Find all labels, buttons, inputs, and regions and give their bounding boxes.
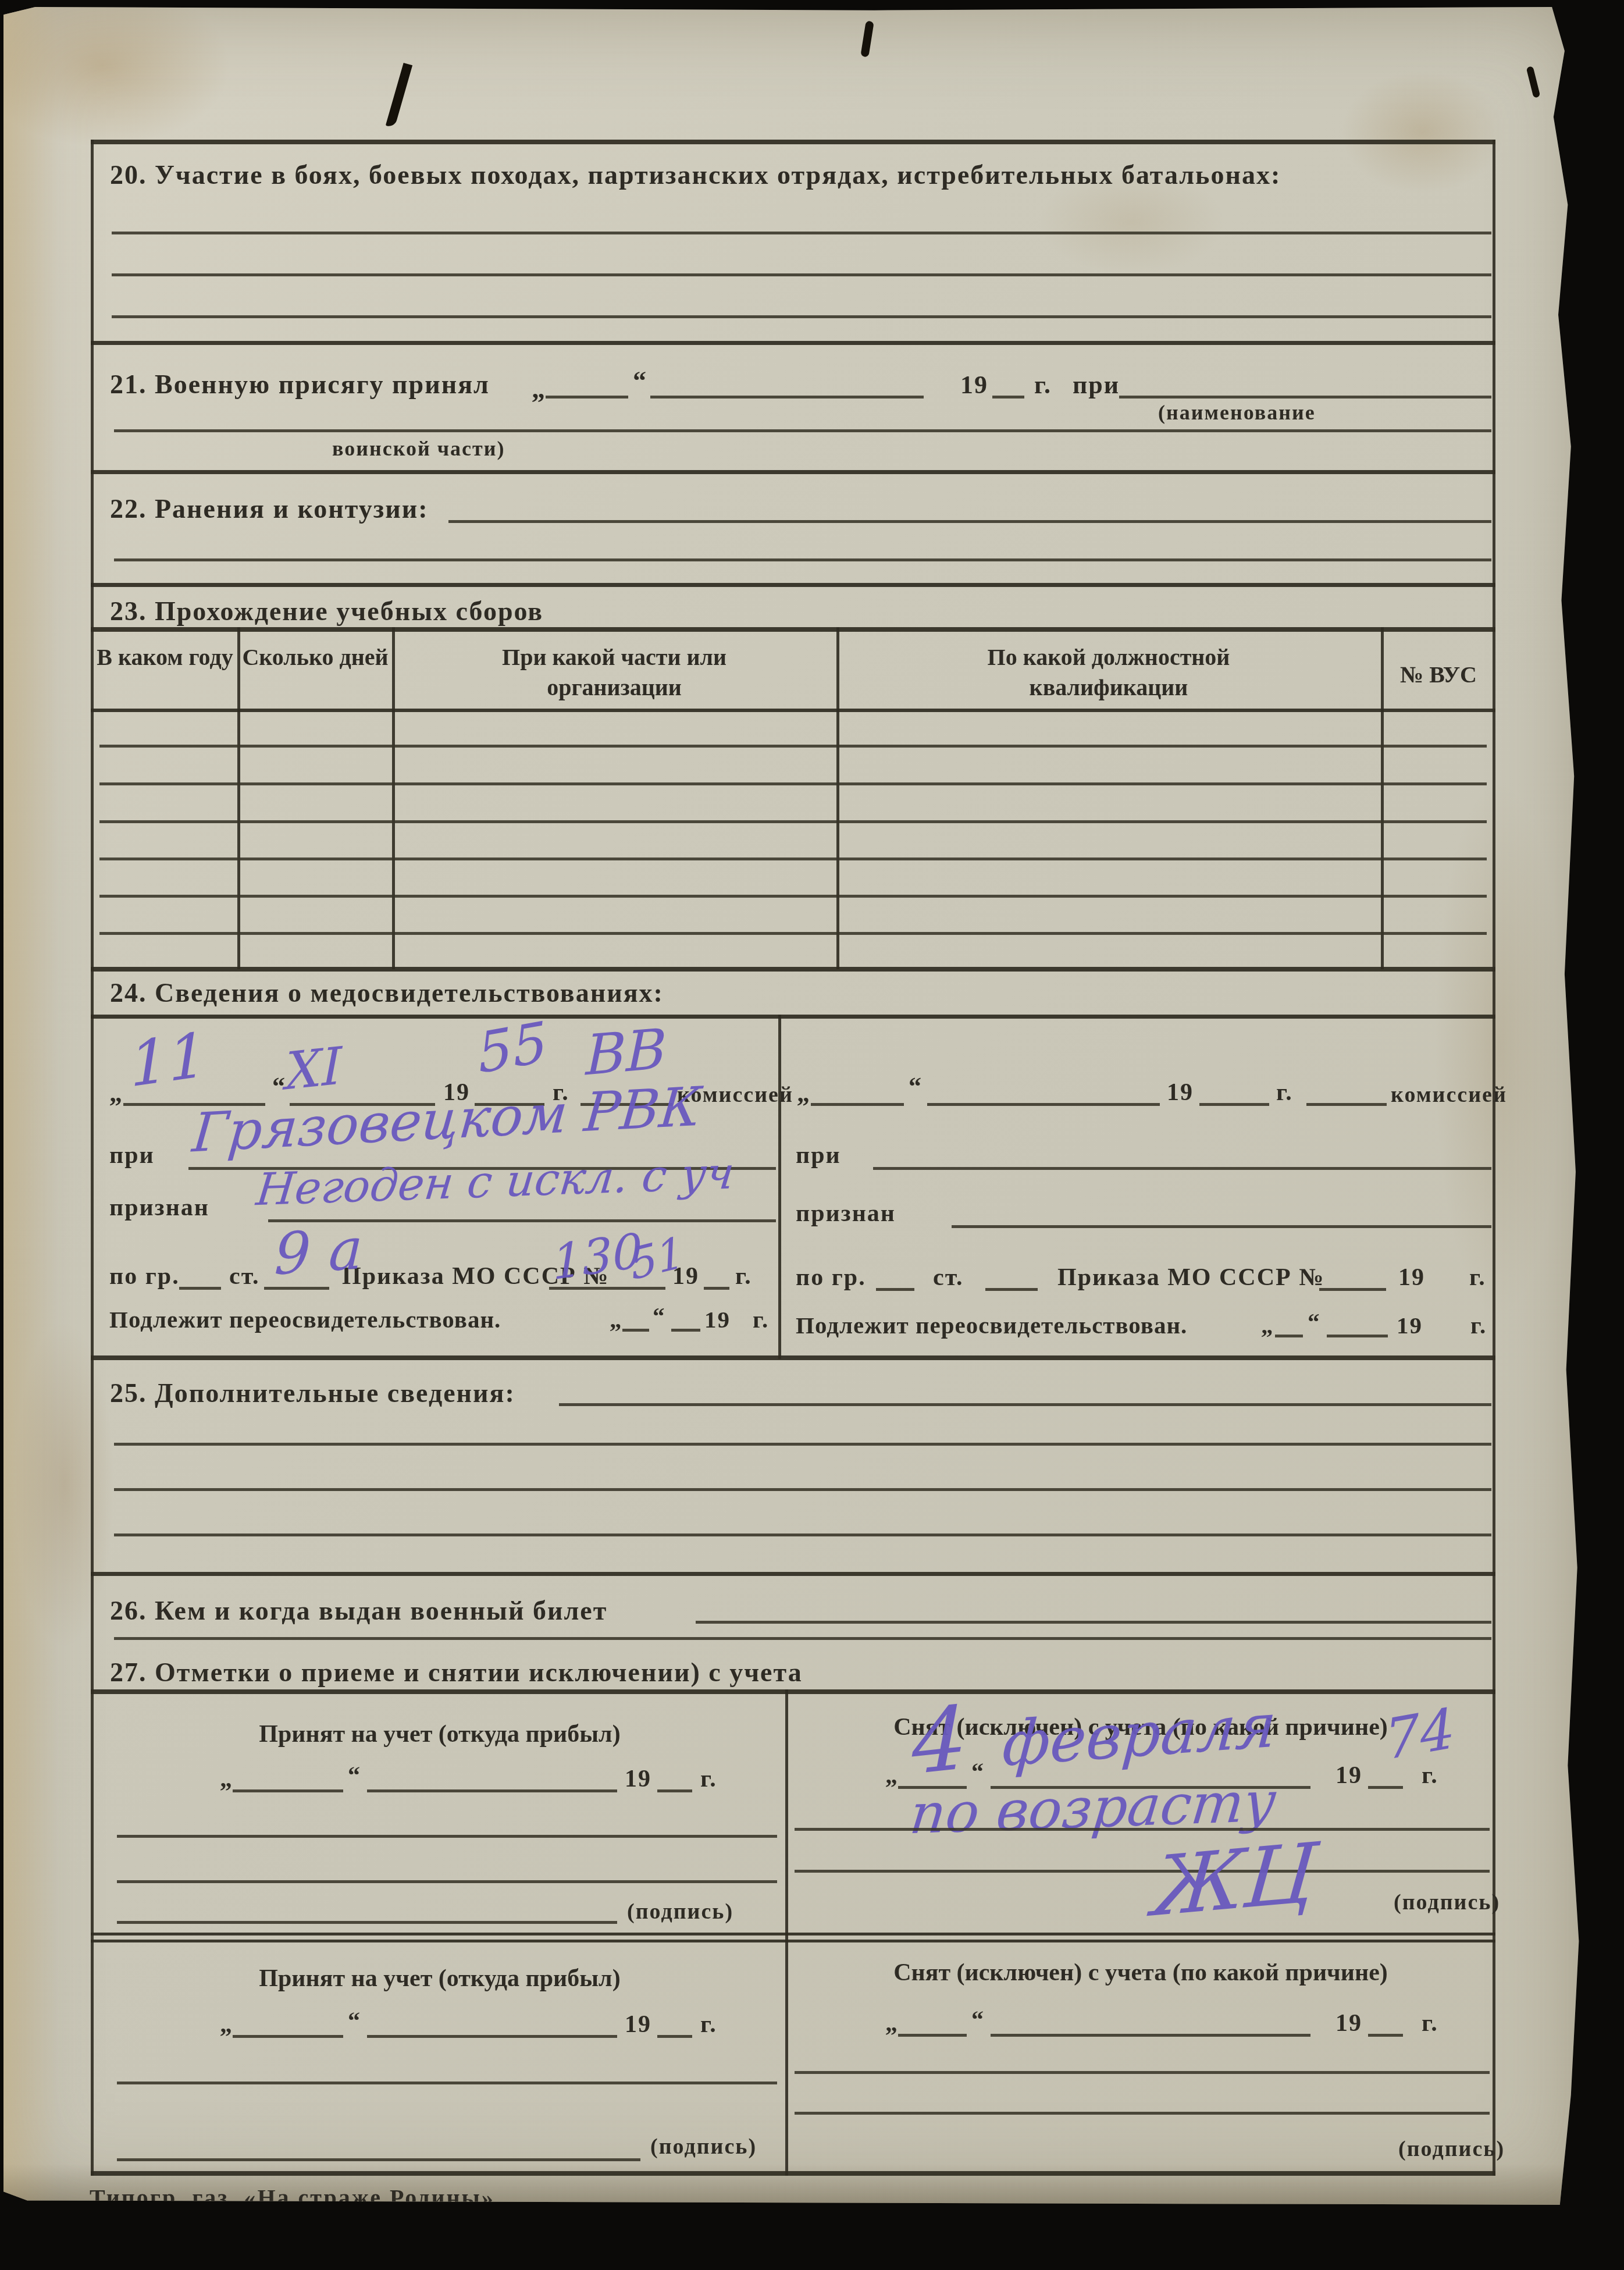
pri-label: при bbox=[1073, 370, 1120, 400]
st-label: ст. bbox=[229, 1262, 260, 1290]
year-19-label: 19 bbox=[1335, 2009, 1362, 2037]
table-column-border bbox=[237, 627, 240, 969]
year-19-label: 19 bbox=[625, 1765, 651, 1793]
blank-year-field bbox=[657, 1789, 692, 1792]
blank-field bbox=[179, 1287, 221, 1290]
st-label: ст. bbox=[933, 1264, 964, 1291]
table-row-line bbox=[99, 745, 1487, 748]
blank-field bbox=[873, 1167, 1491, 1170]
year-g-label: г. bbox=[735, 1262, 752, 1290]
section-26-title: 26. Кем и когда выдан военный билет bbox=[110, 1595, 607, 1626]
handwritten-year: 55 bbox=[476, 1010, 550, 1086]
year-g-label: г. bbox=[753, 1305, 769, 1333]
blank-field bbox=[876, 1288, 914, 1291]
handwritten-article-group: 9 а bbox=[273, 1215, 364, 1288]
quote-close: “ bbox=[633, 365, 647, 396]
ruled-line bbox=[114, 429, 1491, 432]
separator-line bbox=[91, 583, 1495, 587]
pin-mark-icon bbox=[1526, 66, 1541, 98]
separator-line bbox=[91, 341, 1495, 345]
handwritten-removal-month: февраля bbox=[1000, 1689, 1278, 1780]
table-column-border bbox=[392, 627, 395, 969]
paper-stain bbox=[1434, 781, 1562, 1316]
section-22-title: 22. Ранения и контузии: bbox=[110, 493, 429, 524]
hint-voinskoy-chasti: воинской части) bbox=[332, 436, 505, 461]
blank-month-field bbox=[1327, 1335, 1388, 1337]
quote-close: “ bbox=[971, 2006, 985, 2034]
blank-day-field bbox=[622, 1329, 649, 1332]
separator-line bbox=[91, 470, 1495, 474]
accept-header: Принят на учет (откуда прибыл) bbox=[97, 1963, 783, 1995]
section-24-title: 24. Сведения о медосвидетельствованиях: bbox=[110, 977, 664, 1008]
section-25-title: 25. Дополнительные сведения: bbox=[110, 1378, 515, 1408]
pin-mark-icon bbox=[860, 20, 874, 57]
remove-header: Снят (исключен) с учета (по какой причин… bbox=[790, 1957, 1491, 1989]
paper-sheet: 20. Участие в боях, боевых походах, парт… bbox=[3, 7, 1587, 2205]
blank-month-field bbox=[991, 2034, 1310, 2037]
quote-open: „ bbox=[220, 2011, 233, 2038]
ruled-line bbox=[114, 1488, 1491, 1491]
po-gr-label: по гр. bbox=[109, 1262, 180, 1290]
quote-open: „ bbox=[532, 373, 546, 404]
podpis-label: (подпись) bbox=[650, 2134, 757, 2159]
table-col-header-days: Сколько дней bbox=[240, 642, 390, 673]
separator-line bbox=[91, 1572, 1495, 1576]
blank-month-field bbox=[671, 1329, 700, 1332]
table-col-header-year: В каком году bbox=[94, 642, 236, 673]
table-top-border bbox=[91, 627, 1495, 632]
table-col-header-unit: При какой части или организации bbox=[451, 642, 777, 703]
blank-day-field bbox=[811, 1103, 904, 1106]
signature-line bbox=[117, 2158, 640, 2161]
blank-month-field bbox=[650, 396, 924, 399]
paper-stain bbox=[0, 0, 230, 147]
year-19-label: 19 bbox=[704, 1305, 731, 1333]
podpis-label: (подпись) bbox=[1398, 2136, 1505, 2162]
blank-day-field bbox=[233, 2035, 343, 2038]
blank-month-field bbox=[367, 2035, 617, 2038]
ruled-line bbox=[114, 1443, 1491, 1446]
quote-open: „ bbox=[885, 2009, 899, 2037]
quote-open: „ bbox=[885, 1762, 899, 1789]
blank-year-field bbox=[657, 2035, 692, 2038]
blank-commission-field bbox=[1306, 1103, 1387, 1106]
pri-label: при bbox=[796, 1141, 841, 1169]
blank-order-no-field bbox=[1319, 1288, 1386, 1291]
ruled-line bbox=[112, 273, 1491, 276]
blank-year-field bbox=[1368, 2034, 1403, 2037]
quote-close: “ bbox=[909, 1072, 923, 1101]
blank-unit-field bbox=[1119, 396, 1491, 399]
handwritten-month: XI bbox=[286, 1036, 342, 1102]
blank-field bbox=[448, 520, 1491, 523]
ruled-line bbox=[112, 315, 1491, 318]
separator-line bbox=[91, 1015, 1495, 1019]
pin-mark-icon bbox=[386, 63, 412, 128]
ruled-line bbox=[795, 1828, 1490, 1831]
handwritten-signature: ЖЦ bbox=[1150, 1826, 1320, 1935]
ruled-line bbox=[112, 232, 1491, 234]
printer-imprint: Типогр. газ. «На страже Родины» bbox=[90, 2184, 495, 2211]
quote-open: „ bbox=[109, 1079, 123, 1108]
paper-left-edge-shading bbox=[3, 7, 59, 2205]
blank-field bbox=[952, 1225, 1491, 1228]
blank-field bbox=[696, 1621, 1491, 1624]
section-24-divider bbox=[778, 1015, 781, 1359]
ruled-line bbox=[114, 1637, 1491, 1640]
table-col-header-qualification: По какой должностной квалификации bbox=[946, 642, 1272, 703]
priznan-label: признан bbox=[796, 1200, 896, 1227]
table-bottom-border bbox=[91, 967, 1495, 972]
prikaz-label: Приказа МО СССР № bbox=[1057, 1264, 1324, 1291]
ruled-line bbox=[795, 1870, 1490, 1873]
podpis-label: (подпись) bbox=[1394, 1890, 1500, 1915]
blank-field bbox=[985, 1288, 1038, 1291]
ruled-line bbox=[117, 1880, 777, 1883]
quote-close: “ bbox=[653, 1302, 666, 1330]
handwritten-day: 11 bbox=[129, 1019, 208, 1101]
form-right-border bbox=[1493, 140, 1495, 2176]
quote-open: „ bbox=[220, 1765, 233, 1793]
ruled-line bbox=[114, 558, 1491, 561]
table-col-header-vus: № ВУС bbox=[1383, 660, 1494, 690]
scanned-military-card-page: 20. Участие в боях, боевых походах, парт… bbox=[0, 0, 1624, 2270]
table-row-line bbox=[99, 820, 1487, 823]
table-row-line bbox=[99, 895, 1487, 898]
hint-naimenovanie: (наименование bbox=[1158, 400, 1316, 425]
table-top-border bbox=[91, 1689, 1495, 1694]
ruled-line bbox=[117, 1835, 777, 1838]
table-row-line bbox=[99, 932, 1487, 935]
ruled-line bbox=[117, 2082, 777, 2084]
section-27-title: 27. Отметки о приеме и снятии исключении… bbox=[110, 1657, 803, 1688]
quote-close: “ bbox=[1308, 1308, 1321, 1336]
section-20-title: 20. Участие в боях, боевых походах, парт… bbox=[110, 159, 1281, 190]
section-23-title: 23. Прохождение учебных сборов bbox=[110, 596, 543, 627]
quote-close: “ bbox=[348, 2007, 361, 2035]
blank-year-field bbox=[704, 1287, 729, 1290]
form-left-border bbox=[91, 140, 94, 2176]
blank-day-field bbox=[546, 396, 628, 399]
paper-stain bbox=[15, 1322, 114, 1648]
year-19-label: 19 bbox=[1167, 1079, 1194, 1106]
handwritten-removal-day: 4 bbox=[912, 1687, 967, 1795]
podlezhit-label: Подлежит переосвидетельствован. bbox=[109, 1305, 501, 1333]
ruled-line bbox=[795, 2071, 1490, 2074]
quote-open: „ bbox=[1261, 1311, 1274, 1339]
blank-day-field bbox=[233, 1789, 343, 1792]
year-g-label: г. bbox=[1034, 370, 1052, 400]
ruled-line bbox=[114, 1534, 1491, 1536]
year-g-label: г. bbox=[1276, 1079, 1293, 1106]
year-19-label: 19 bbox=[1398, 1264, 1425, 1291]
table-column-border bbox=[836, 627, 839, 969]
year-19-label: 19 bbox=[625, 2011, 651, 2038]
komissiey-label: комиссией bbox=[1391, 1082, 1507, 1108]
priznan-label: признан bbox=[109, 1194, 209, 1222]
podlezhit-label: Подлежит переосвидетельствован. bbox=[796, 1311, 1187, 1339]
signature-line bbox=[117, 1921, 617, 1924]
separator-line bbox=[91, 1933, 1495, 1935]
blank-year-field bbox=[1199, 1103, 1269, 1106]
blank-month-field bbox=[927, 1103, 1160, 1106]
quote-close: “ bbox=[348, 1762, 361, 1789]
section-21-title: 21. Военную присягу принял bbox=[110, 369, 490, 400]
year-g-label: г. bbox=[700, 2011, 717, 2038]
pri-label: при bbox=[109, 1141, 155, 1169]
blank-field bbox=[559, 1403, 1491, 1406]
ruled-line bbox=[795, 2112, 1490, 2115]
quote-open: „ bbox=[610, 1305, 623, 1333]
blank-day-field bbox=[1275, 1335, 1303, 1337]
po-gr-label: по гр. bbox=[796, 1264, 866, 1291]
paper-stain bbox=[1341, 71, 1504, 193]
table-row-line bbox=[99, 858, 1487, 860]
table-header-border bbox=[91, 709, 1495, 712]
separator-line bbox=[91, 1940, 1495, 1942]
year-g-label: г. bbox=[700, 1765, 717, 1793]
handwritten-removal-year: 74 bbox=[1383, 1696, 1457, 1773]
year-19-label: 19 bbox=[1335, 1762, 1362, 1789]
year-g-label: г. bbox=[1469, 1264, 1486, 1291]
blank-year-field bbox=[992, 396, 1024, 399]
blank-month-field bbox=[367, 1789, 617, 1792]
podpis-label: (подпись) bbox=[627, 1899, 733, 1924]
year-19-label: 19 bbox=[1397, 1311, 1423, 1339]
quote-open: „ bbox=[797, 1079, 811, 1108]
year-g-label: г. bbox=[1422, 2009, 1438, 2037]
separator-line bbox=[91, 1355, 1495, 1360]
blank-year-field bbox=[1368, 1786, 1403, 1789]
form-top-border bbox=[91, 140, 1495, 144]
year-g-label: г. bbox=[1470, 1311, 1487, 1339]
form-bottom-border bbox=[91, 2171, 1495, 2176]
accept-header: Принят на учет (откуда прибыл) bbox=[97, 1718, 783, 1750]
year-19-label: 19 bbox=[960, 370, 988, 400]
blank-day-field bbox=[898, 2034, 967, 2037]
table-row-line bbox=[99, 782, 1487, 785]
